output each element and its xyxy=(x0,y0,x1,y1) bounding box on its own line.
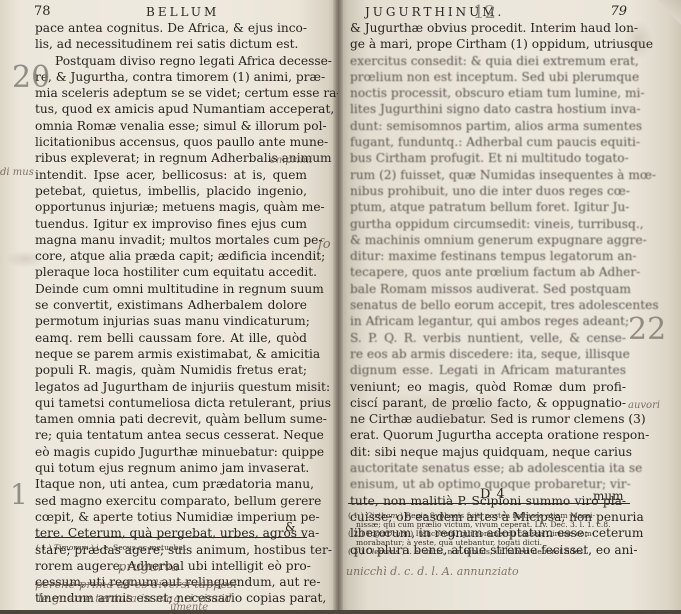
left-catchword: & xyxy=(285,520,296,534)
right-body-text: & Jugurthæ obvius procedit. Interim haud… xyxy=(350,20,626,558)
footnote-marker: ( 1 ) xyxy=(36,543,52,552)
text-line: gurtha oppidum circumsedit: vineis, turr… xyxy=(350,216,626,232)
handwritten-note: 22 xyxy=(628,312,666,347)
text-line: fugant, funduntq.: Adherbal cum paucis e… xyxy=(350,134,626,150)
footnote-lemma: Timorem xyxy=(54,543,89,552)
text-line: exercitus consedit: & quia diei extremum… xyxy=(350,53,626,69)
text-line: nibus prohibuit, uno die inter duos rege… xyxy=(350,183,626,199)
book-gutter xyxy=(333,0,343,614)
handwritten-note: auvori xyxy=(628,400,660,411)
text-line: in Africam legantur, qui ambos reges ade… xyxy=(350,313,626,329)
text-line: prœlium non est inceptum. Sed ubi plerum… xyxy=(350,69,626,85)
text-line: qui tametsi contumeliosa dicta retuleran… xyxy=(35,395,307,411)
signature-mark: D 4 xyxy=(480,487,506,502)
footnote: ( 3 ) Clemens ) i. e. mitis, non nimius,… xyxy=(348,547,633,556)
handwritten-note: 12 xyxy=(473,2,496,23)
text-line: core, atque alia præda capit; ædificia i… xyxy=(35,248,307,264)
text-line: dunt: semisomnos partim, alios arma sume… xyxy=(350,118,626,134)
footnote-text: ) Regia Syphacis fuit; postea fortasse e… xyxy=(400,511,595,520)
page-stain xyxy=(5,250,45,268)
handwritten-note: unicchì d. c. d. l. A. annunziato xyxy=(346,565,519,578)
left-body-text: pace antea cognitus. De Africa, & ejus i… xyxy=(35,20,307,607)
text-line: erat. Quorum Jugurtha accepta oratione r… xyxy=(350,427,626,443)
left-footnotes: ( 1 ) Timorem ) i. e. Secus ac metuebat. xyxy=(36,543,306,552)
handwritten-note: 1 xyxy=(10,478,28,511)
footnote-marker: ( 1 ) xyxy=(348,511,364,520)
text-line: ge à mari, prope Cirtham (1) oppidum, ut… xyxy=(350,36,626,52)
page-bottom-edge xyxy=(0,610,681,614)
footnote-text: ) i. e. Secus ac metuebat. xyxy=(91,543,188,552)
text-line: Itaque non, uti antea, cum prædatoria ma… xyxy=(35,476,307,492)
left-page-header: 78 BELLUM xyxy=(34,4,324,20)
text-line: ribus expleverat; in regnum Adherbalis a… xyxy=(35,150,307,166)
text-line: re, & Jugurtha, contra timorem (1) animi… xyxy=(35,69,307,85)
right-page: JUGURTHINUM. 79 & Jugurthæ obvius proced… xyxy=(338,0,681,614)
text-line: lis, ad necessitudinem rei satis dictum … xyxy=(35,36,307,52)
text-line: re; quia tentatum antea secus cesserat. … xyxy=(35,427,307,443)
right-footnotes: ( 1 ) Cirtham ) Regia Syphacis fuit; pos… xyxy=(348,511,633,556)
text-line: licitationibus accensus, quos paullo ant… xyxy=(35,134,307,150)
text-line: pace antea cognitus. De Africa, & ejus i… xyxy=(35,20,307,36)
handwritten-note: prugurva xyxy=(118,560,179,575)
footnote-marker: ( 2 ) xyxy=(348,529,364,538)
left-page: 78 BELLUM pace antea cognitus. De Africa… xyxy=(0,0,338,614)
text-line: eò magis cupido Jugurthæ minuebatur: qui… xyxy=(35,444,307,460)
left-page-number: 78 xyxy=(34,4,51,19)
text-line: petebat, quietus, imbellis, placido inge… xyxy=(35,183,307,199)
text-line: auctoritate senatus esse; ab adolescenti… xyxy=(350,460,626,476)
text-line: populi R. magis, quàm Numidis fretus era… xyxy=(35,362,307,378)
right-page-header: JUGURTHINUM. 79 xyxy=(353,4,643,20)
text-line: Postquam diviso regno legati Africa dece… xyxy=(35,53,307,69)
text-line: sed magno exercitu comparato, bellum ger… xyxy=(35,493,307,509)
text-line: S. P. Q. R. verbis nuntient, velle, & ce… xyxy=(350,330,626,346)
handwritten-note: emprimi xyxy=(270,155,312,166)
text-line: re eos ab armis discedere: ita, seque, i… xyxy=(350,346,626,362)
text-line: magna manu invadit; multos mortales cum … xyxy=(35,232,307,248)
text-line: bus Cirtham profugit. Et ni multitudo to… xyxy=(350,150,626,166)
text-line: tamen omnia pati decrevit, quàm bellum s… xyxy=(35,411,307,427)
footnote: ( 2 ) Togatorum ) Italicorum, qui commer… xyxy=(348,529,633,538)
text-line: dignum esse. Legati in Africam maturante… xyxy=(350,362,626,378)
text-line: senatus de bello eorum accepit, tres ado… xyxy=(350,297,626,313)
text-line: & machinis omnium generum expugnare aggr… xyxy=(350,232,626,248)
text-line: neque se parem armis existimabat, & amic… xyxy=(35,346,307,362)
text-line: bale Romam missos audiverat. Sed postqua… xyxy=(350,281,626,297)
text-line: omnia Romæ venalia esse; simul & illorum… xyxy=(35,118,307,134)
text-line: rum (2) fuisset, quæ Numidas insequentes… xyxy=(350,167,626,183)
footnote-rule xyxy=(35,537,307,538)
handwritten-note: perche prima ad es diversi tappesì xyxy=(35,577,237,591)
text-line: mia sceleris adeptum se se videt; certum… xyxy=(35,85,307,101)
text-line: ptum, atque patratum bellum foret. Igitu… xyxy=(350,199,626,215)
page-stain xyxy=(623,20,653,60)
text-line: pleraque loca hostiliter cum equitatu ac… xyxy=(35,264,307,280)
footnote-text: ) i. e. mitis, non nimius, ut haberi deb… xyxy=(402,547,586,556)
text-line: ditur: maxime festinans tempus legatorum… xyxy=(350,248,626,264)
page-stain xyxy=(358,390,558,430)
footnote-text: ) Italicorum, qui commercii caussa Cirth… xyxy=(410,529,594,538)
page-corner-fold xyxy=(657,0,681,30)
book-spread: 78 BELLUM pace antea cognitus. De Africa… xyxy=(0,0,681,614)
text-line: eamq. rem belli caussam fore. At ille, q… xyxy=(35,330,307,346)
text-line: tecapere, quos ante prœlium factum ab Ad… xyxy=(350,264,626,280)
footnote-lemma: Cirtham xyxy=(366,511,398,520)
text-line: se convertit, existimans Adherbalem dolo… xyxy=(35,297,307,313)
text-line: lites Jugurthini signo dato castra hosti… xyxy=(350,101,626,117)
footnote-lemma: Togatorum xyxy=(366,529,408,538)
footnote-lemma: Clemens xyxy=(366,547,399,556)
footnote-rule xyxy=(348,503,630,504)
footnote: ( 1 ) Cirtham ) Regia Syphacis fuit; pos… xyxy=(348,511,633,520)
text-line: noctis processit, obscuro etiam tum lumi… xyxy=(350,85,626,101)
text-line: dit: sibi neque majus quidquam, neque ca… xyxy=(350,444,626,460)
text-line: tere. Ceterum, quà pergebat, urbes, agro… xyxy=(35,525,307,541)
text-line: Deinde cum omni multitudine in regnum su… xyxy=(35,281,307,297)
text-line: cœpit, & aperte totius Numidiæ imperium … xyxy=(35,509,307,525)
text-line: permotum injurias suas manu vindicaturum… xyxy=(35,313,307,329)
right-catchword: mum xyxy=(593,489,624,503)
footnote-continuation: nissæ; qui cum prælio victum, vivum cepe… xyxy=(348,520,633,529)
text-line: opportunus injuriæ; metuens magis, quàm … xyxy=(35,199,307,215)
left-running-head: BELLUM xyxy=(146,5,219,19)
text-line: tuendus. Igitur ex improviso fines ejus … xyxy=(35,216,307,232)
footnote-marker: ( 3 ) xyxy=(348,547,364,556)
text-line: qui totum ejus regnum animo jam invasera… xyxy=(35,460,307,476)
footnote: ( 1 ) Timorem ) i. e. Secus ac metuebat. xyxy=(36,543,306,552)
handwritten-note: 20 xyxy=(12,60,50,95)
text-line: tus, quod ex amicis apud Numantiam accep… xyxy=(35,101,307,117)
handwritten-note: di mus xyxy=(0,167,34,178)
text-line: legatos ad Jugurtham de injuriis questum… xyxy=(35,379,307,395)
text-line: intendit. Ipse acer, bellicosus: at is, … xyxy=(35,167,307,183)
footnote-continuation: morabantur; à veste, qua utebantur, toga… xyxy=(348,538,633,547)
handwritten-note: fo xyxy=(318,237,331,252)
right-page-number: 79 xyxy=(610,4,627,19)
